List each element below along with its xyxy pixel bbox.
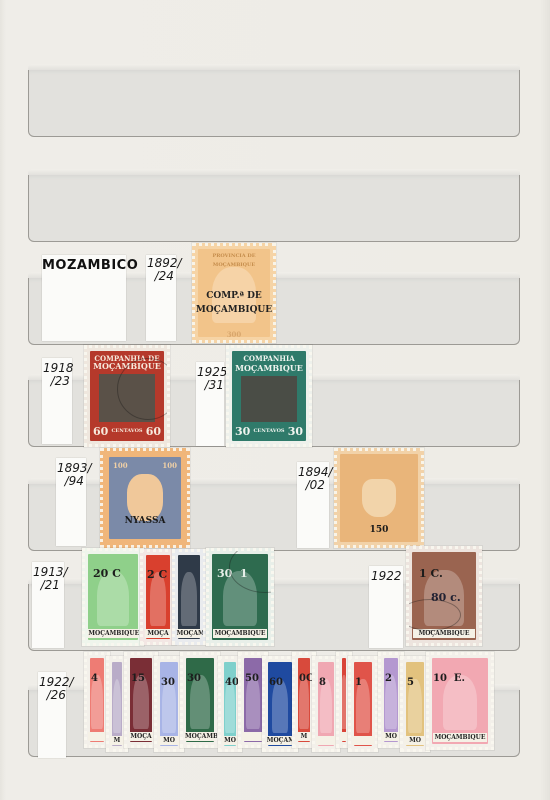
year-label-card: 1918 /23 <box>42 358 72 444</box>
stamp-ceres: 30 1 MOÇAMBIQUE <box>206 548 274 646</box>
stamp-green-30-centavos: COMPANHIA MOÇAMBIQUE 30 30 CENTAVOS <box>226 345 312 447</box>
year-label: 1922 <box>371 570 402 583</box>
stamp-nyassa-100: NYASSA 100 100 <box>100 448 190 548</box>
stamp-ceres: 10 E.MOÇAMBIQUE <box>426 652 494 750</box>
year-label-card: 1893/ /94 <box>56 458 86 546</box>
album-strip <box>28 173 520 242</box>
country-label: MOZAMBICO <box>42 259 138 272</box>
stamp-ceres-1922-overprint: 1 C. 80 c. MOÇAMBIQUE <box>406 546 482 646</box>
stamp-ceres: 15MOÇA <box>124 652 158 748</box>
country-label-card: MOZAMBICO <box>42 255 126 341</box>
year-label-card: 1922 <box>369 566 403 648</box>
year-label-card: 1922/ /26 <box>38 672 66 758</box>
year-label: 1893/ /94 <box>57 462 92 488</box>
year-label: 1918 /23 <box>43 362 74 388</box>
year-label-card: 1913/ /21 <box>32 562 64 648</box>
stamp-ceres: 20 C MOÇAMBIQUE <box>82 548 144 646</box>
album-page: MOZAMBICO 1892/ /24 PROVINCIA DE MOÇAMBI… <box>0 0 550 800</box>
year-label-card: 1892/ /24 <box>146 255 176 341</box>
stamp-ceres: 1 <box>348 656 378 752</box>
stamp-comp-overprint: PROVINCIA DE MOÇAMBIQUE COMP.ª DE MOÇAMB… <box>192 243 276 343</box>
stamp-red-60-centavos: COMPANHIA DE MOÇAMBIQUE 60 60 CENTAVOS <box>84 345 170 447</box>
year-label: 1913/ /21 <box>33 566 68 592</box>
year-label-card: 1894/ /02 <box>297 462 329 548</box>
year-label: 1922/ /26 <box>39 676 74 702</box>
stamp-ceres: 2 C MOÇA <box>140 549 176 645</box>
stamp-ceres: MOÇAM <box>172 549 206 645</box>
year-label: 1892/ /24 <box>147 257 182 283</box>
stamp-arms-150: 150 <box>334 448 424 548</box>
year-label-card: 1925/ /31 <box>196 362 224 446</box>
year-label: 1894/ /02 <box>298 466 333 492</box>
album-strip <box>28 68 520 137</box>
stamp-ceres: 30MOÇAMB <box>180 652 220 748</box>
